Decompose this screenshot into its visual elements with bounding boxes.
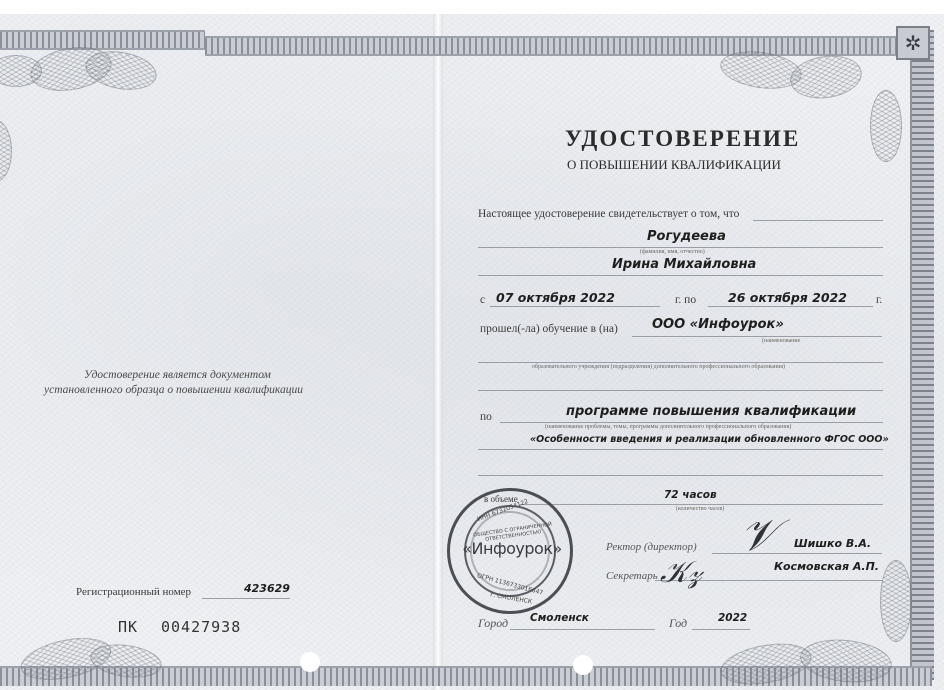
org-hint-2: образовательного учреждения (подразделен…: [532, 364, 785, 370]
secretary-label: Секретарь: [606, 570, 658, 582]
program-type: программе повышения квалификации: [566, 404, 856, 419]
year-suffix: г.: [876, 294, 882, 306]
guilloche-ornament: [870, 90, 902, 162]
date-from: 07 октября 2022: [496, 290, 615, 305]
director-name: Шишко В.А.: [794, 537, 871, 550]
intro-text: Настоящее удостоверение свидетельствует …: [478, 208, 739, 220]
underline: [500, 422, 883, 423]
director-signature: 𝒱: [740, 510, 777, 561]
registration-number-label: Регистрационный номер: [76, 586, 191, 598]
name-hint: (фамилия, имя, отчество): [640, 249, 705, 255]
underline: [753, 220, 883, 221]
ornamental-border-right: [910, 30, 934, 680]
underline: [708, 306, 873, 307]
certificate-title: УДОСТОВЕРЕНИЕ: [565, 126, 800, 152]
registration-number: 423629: [244, 582, 290, 595]
recipient-given-names: Ирина Михайловна: [612, 257, 756, 272]
corner-rosette-icon: ✲: [896, 26, 930, 60]
underline: [712, 553, 882, 554]
date-to-prefix: г. по: [675, 294, 696, 306]
certificate-series: ПК: [118, 618, 138, 636]
certificate-serial-number: 00427938: [161, 618, 241, 636]
page-fold: [433, 14, 443, 690]
underline: [478, 362, 883, 363]
punch-hole: [300, 652, 320, 672]
org-hint: (наименование: [762, 338, 800, 344]
ornamental-border-top-left: [0, 30, 205, 50]
issue-year: 2022: [718, 612, 747, 624]
year-label: Год: [669, 616, 687, 631]
punch-hole: [573, 655, 593, 675]
program-hint: (наименование проблемы, темы, программы …: [545, 424, 791, 430]
hours-hint: (количество часов): [676, 506, 724, 512]
stamp-center-text: «Инфоурок»: [460, 539, 564, 558]
ornamental-border-top: [205, 36, 915, 56]
certificate-subtitle: О ПОВЫШЕНИИ КВАЛИФИКАЦИИ: [567, 157, 781, 173]
underline: [490, 306, 660, 307]
secretary-name: Космовская А.П.: [774, 560, 879, 573]
trained-at-label: прошел(-ла) обучение в (на): [480, 323, 618, 335]
recipient-surname: Рогудеева: [647, 229, 726, 244]
underline: [478, 275, 883, 276]
guilloche-ornament: [880, 560, 912, 642]
city-label: Город: [478, 616, 508, 631]
certificate-statement-line1: Удостоверение является документом: [84, 369, 271, 381]
underline: [520, 504, 883, 505]
underline: [632, 336, 882, 337]
underline: [478, 390, 883, 391]
underline: [510, 629, 655, 630]
organization-name: ООО «Инфоурок»: [652, 317, 784, 332]
date-to: 26 октября 2022: [728, 290, 847, 305]
director-label: Ректор (директор): [606, 541, 697, 553]
underline: [478, 247, 883, 248]
underline: [692, 629, 750, 630]
program-name: «Особенности введения и реализации обнов…: [530, 434, 889, 445]
underline: [202, 598, 290, 599]
certificate-statement-line2: установленного образца о повышении квали…: [44, 384, 303, 396]
program-prefix: по: [480, 411, 492, 423]
city-name: Смоленск: [530, 612, 589, 624]
secretary-signature: 𝒦𝓏: [660, 555, 702, 590]
hours-count: 72 часов: [664, 489, 717, 501]
underline: [478, 449, 883, 450]
organization-stamp: ИНН 6732054122 ОБЩЕСТВО С ОГРАНИЧЕННОЙ О…: [447, 488, 573, 614]
underline: [478, 475, 883, 476]
date-from-prefix: с: [480, 294, 485, 306]
